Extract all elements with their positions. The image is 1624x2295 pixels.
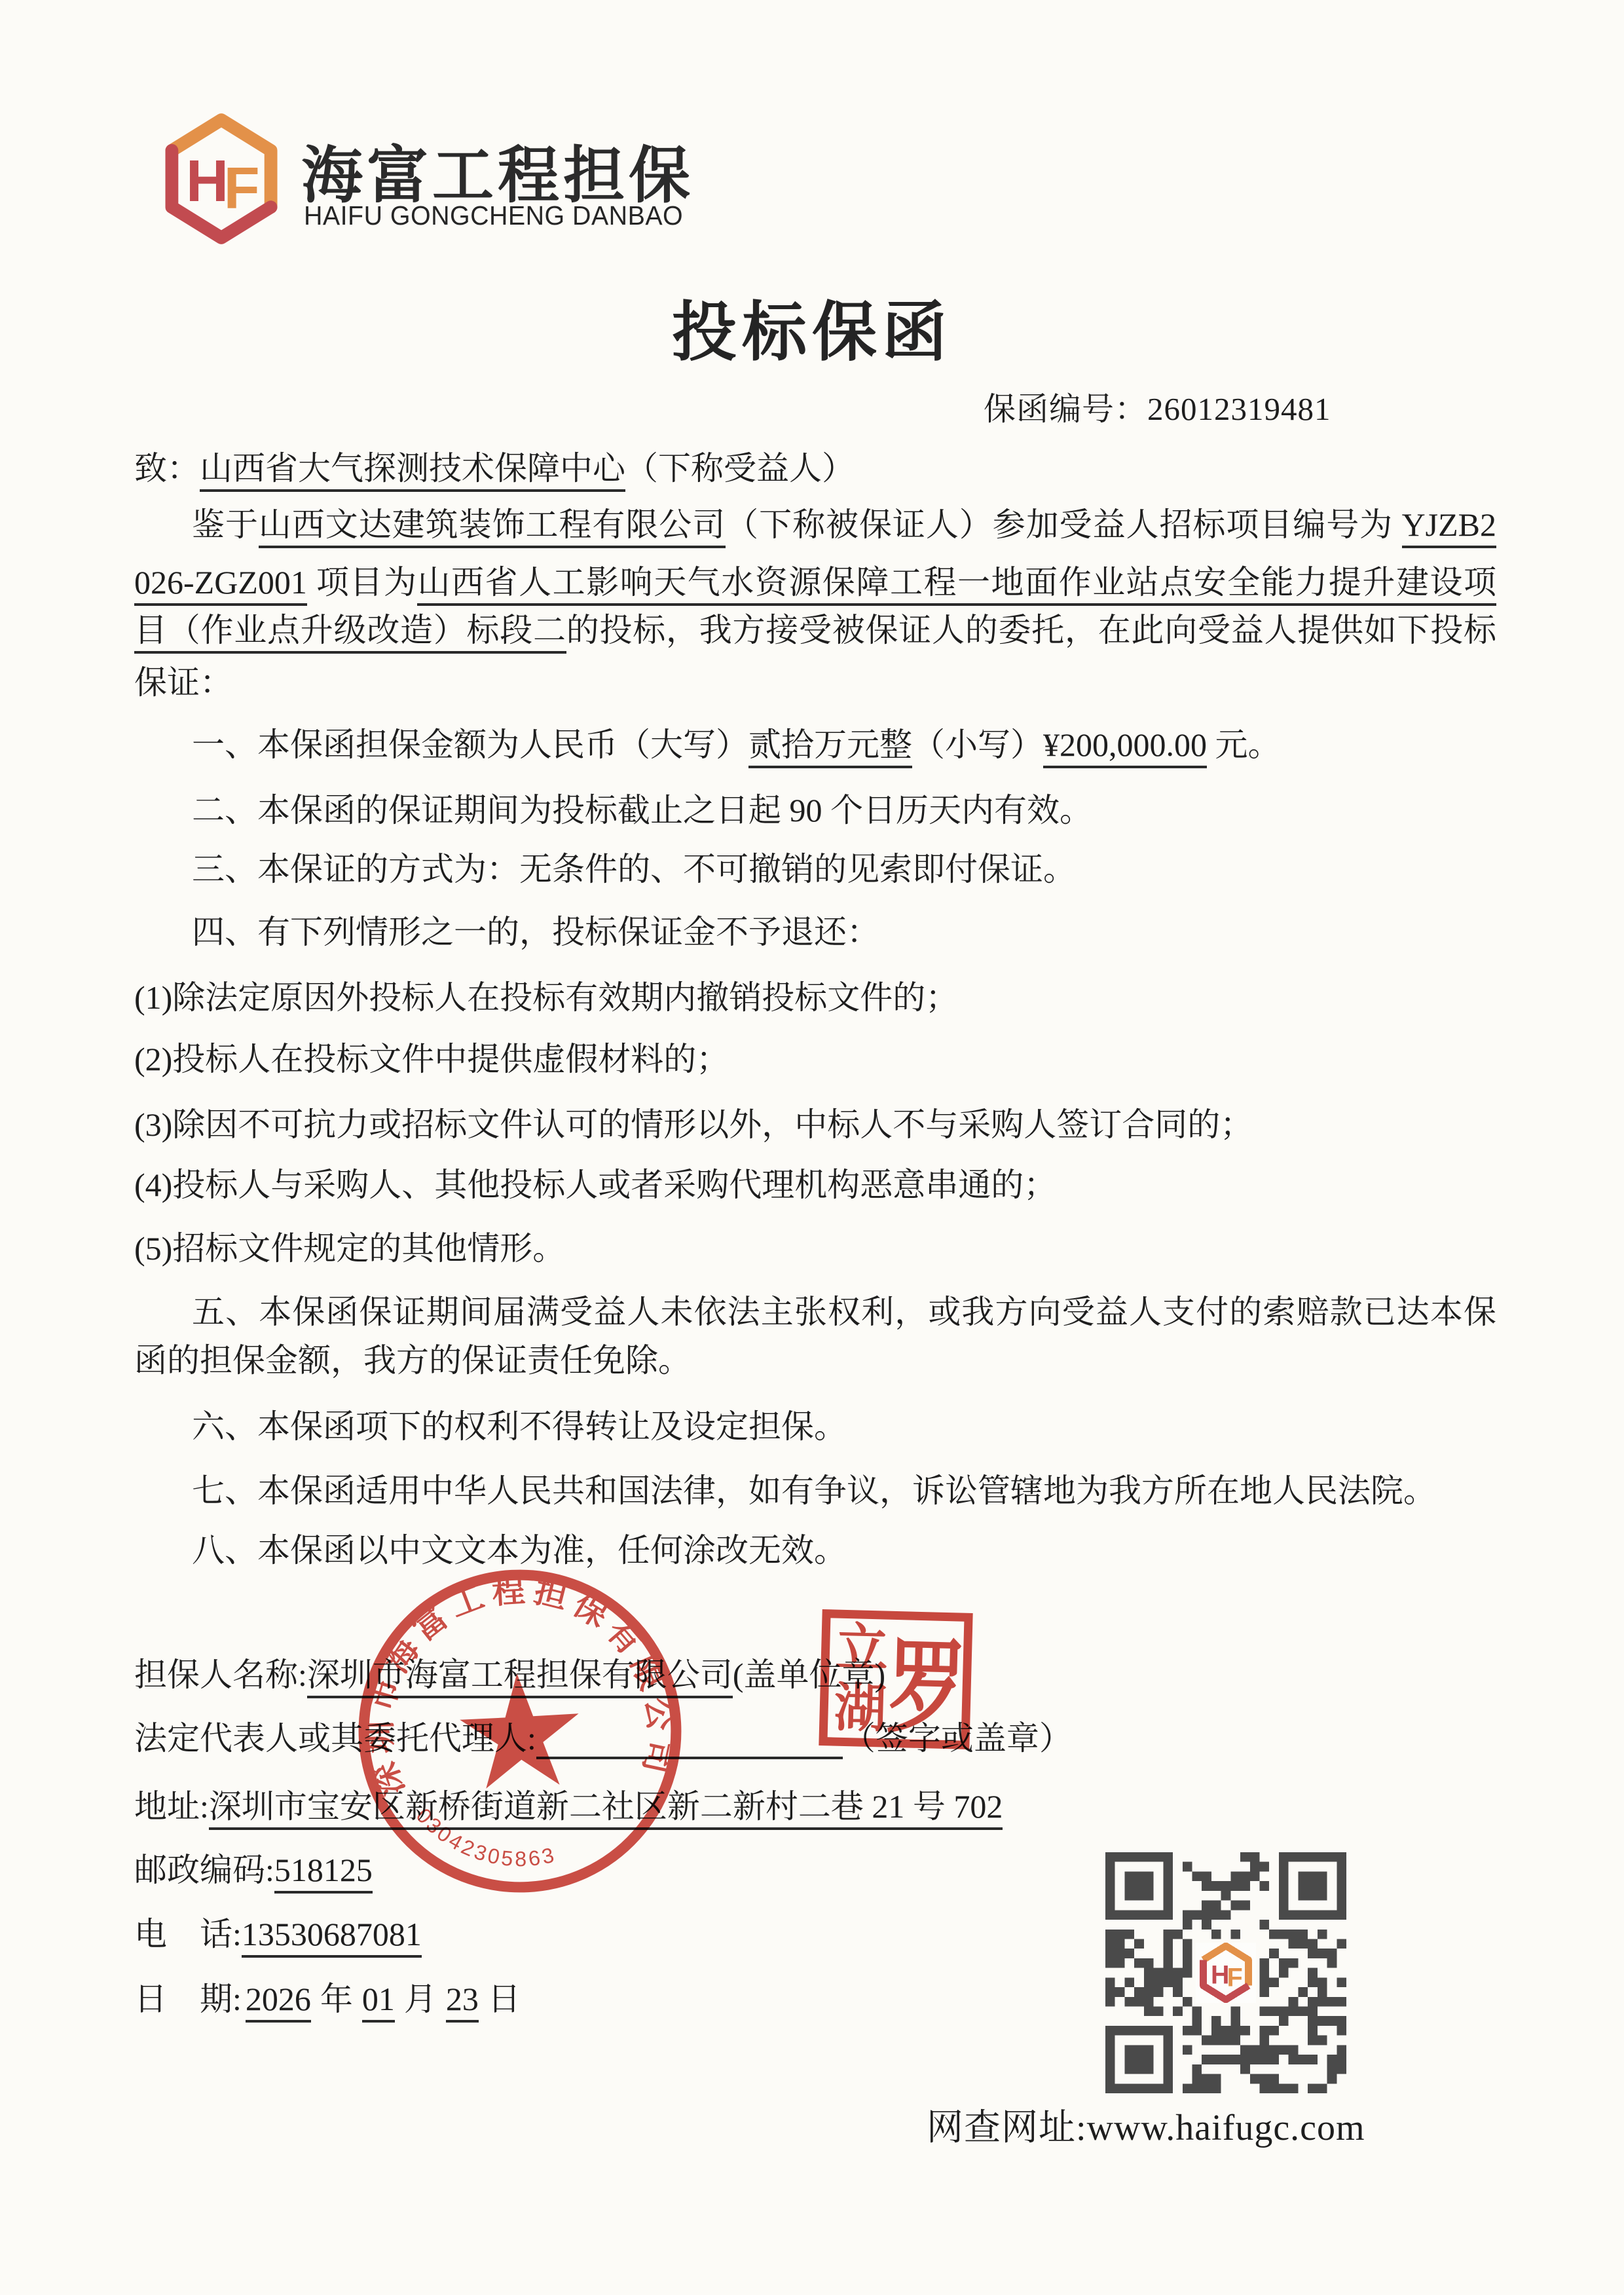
text-run: 项目为	[307, 564, 418, 601]
text-run: 年	[320, 1981, 353, 2017]
clause-6-line: 六、本保函项下的权利不得转让及设定担保。	[134, 1406, 1496, 1447]
company-round-seal-stamp: 深圳市海富工程担保有限公司 03042305863	[342, 1553, 698, 1909]
postcode-field: 邮政编码:518125	[134, 1849, 373, 1891]
underlined-text: YJZB2	[1402, 506, 1496, 548]
verification-url-value: www.haifugc.com	[1087, 2108, 1365, 2148]
clause-7-line: 七、本保函适用中华人民共和国法律，如有争议，诉讼管辖地为我方所在地人民法院。	[134, 1470, 1496, 1512]
body-line: 保证：	[134, 662, 1496, 703]
item-1-line: (1)除法定原因外投标人在投标有效期内撤销投标文件的；	[134, 977, 1496, 1018]
clause-5-line: 五、本保函保证期间届满受益人未依法主张权利，或我方向受益人支付的索赔款已达本保	[134, 1291, 1496, 1333]
clause-4-line: 四、有下列情形之一的，投标保证金不予退还：	[134, 911, 1496, 953]
seal-star-icon	[458, 1670, 582, 1789]
underlined-text: 026-ZGZ001	[134, 564, 307, 606]
field-label: 日 期:	[134, 1981, 242, 2017]
underlined-text: 山西省大气探测技术保障中心	[200, 450, 625, 492]
document-page: H F 海富工程担保 HAIFU GONGCHENG DANBAO 投标保函 保…	[0, 0, 1624, 2295]
field-label: 邮政编码:	[134, 1852, 274, 1888]
text-run: 日	[488, 1981, 521, 2017]
guarantee-number-value: 26012319481	[1147, 391, 1331, 427]
qr-center-hf-logo-icon: H F	[1196, 1943, 1256, 2003]
item-2-line: (2)投标人在投标文件中提供虚假材料的；	[134, 1038, 1496, 1080]
clause-8-line: 八、本保函以中文文本为准，任何涂改无效。	[134, 1529, 1496, 1571]
underlined-text: 山西省人工影响天气水资源保障工程一地面作业站点安全能力提升建设项	[417, 564, 1496, 606]
underlined-text: 23	[446, 1981, 479, 2023]
text-run: 三、本保证的方式为：无条件的、不可撤销的见索即付保证。	[192, 851, 1076, 887]
name-seal-right-column: 罗	[889, 1620, 964, 1741]
svg-text:F: F	[224, 156, 260, 221]
text-run: 五、本保函保证期间届满受益人未依法主张权利，或我方向受益人支付的索赔款已达本保	[192, 1294, 1496, 1330]
phone-field: 电 话:13530687081	[134, 1913, 422, 1955]
underlined-text: 目（作业点升级改造）标段二	[134, 612, 566, 654]
name-seal-char: 罗	[885, 1606, 968, 1755]
text-run: (2)投标人在投标文件中提供虚假材料的；	[134, 1041, 729, 1077]
name-seal-left-column: 立 湖	[828, 1618, 893, 1738]
clause-3-line: 三、本保证的方式为：无条件的、不可撤销的见索即付保证。	[134, 848, 1496, 890]
underlined-text: 01	[362, 1981, 395, 2023]
verification-url-label: 网查网址:	[927, 2108, 1087, 2148]
date-field: 日 期:2026年01月23日	[134, 1978, 526, 2020]
text-run: 月	[404, 1981, 437, 2017]
clause-2-line: 二、本保函的保证期间为投标截止之日起 90 个日历天内有效。	[134, 789, 1496, 831]
name-seal-char: 立	[835, 1621, 889, 1677]
field-label: 地址:	[134, 1788, 209, 1825]
text-run: 七、本保函适用中华人民共和国法律，如有争议，诉讼管辖地为我方所在地人民法院。	[192, 1472, 1436, 1509]
body-line: 026-ZGZ001 项目为山西省人工影响天气水资源保障工程一地面作业站点安全能…	[134, 561, 1496, 603]
svg-text:F: F	[1227, 1964, 1243, 1992]
company-logo-en-text: HAIFU GONGCHENG DANBAO	[304, 200, 683, 231]
text-run: 六、本保函项下的权利不得转让及设定担保。	[192, 1408, 847, 1445]
svg-text:H: H	[186, 149, 229, 214]
underlined-text: 13530687081	[242, 1916, 422, 1958]
name-seal-char: 湖	[834, 1681, 887, 1738]
text-run: 二、本保函的保证期间为投标截止之日起 90 个日历天内有效。	[192, 792, 1092, 829]
clause-5-continuation-line: 函的担保金额，我方的保证责任免除。	[134, 1339, 1496, 1381]
text-run: (5)招标文件规定的其他情形。	[134, 1230, 565, 1267]
underlined-text: ¥200,000.00	[1043, 726, 1207, 768]
text-run: 一、本保函担保金额为人民币（大写）	[192, 726, 748, 763]
item-5-line: (5)招标文件规定的其他情形。	[134, 1227, 1496, 1269]
body-line: 鉴于山西文达建筑装饰工程有限公司（下称被保证人）参加受益人招标项目编号为 YJZ…	[134, 504, 1496, 546]
text-run: (1)除法定原因外投标人在投标有效期内撤销投标文件的；	[134, 979, 958, 1016]
item-4-line: (4)投标人与采购人、其他投标人或者采购代理机构恶意串通的；	[134, 1164, 1496, 1206]
qr-code: H F	[1105, 1852, 1346, 2093]
guarantee-number-label: 保函编号：	[984, 391, 1147, 427]
verification-url-line: 网查网址:www.haifugc.com	[927, 2099, 1365, 2151]
text-run: 函的担保金额，我方的保证责任免除。	[134, 1342, 691, 1379]
text-run: (3)除因不可抗力或招标文件认可的情形以外，中标人不与采购人签订合同的；	[134, 1106, 1253, 1143]
text-run: 致：	[134, 450, 200, 487]
field-label: 担保人名称:	[134, 1656, 307, 1693]
document-title: 投标保函	[0, 280, 1624, 373]
guarantee-number-line: 保函编号：26012319481	[984, 384, 1331, 430]
underlined-text: 2026	[246, 1981, 311, 2023]
text-run: (4)投标人与采购人、其他投标人或者采购代理机构恶意串通的；	[134, 1166, 1056, 1203]
text-run: 元。	[1207, 726, 1281, 763]
underlined-text: 贰拾万元整	[748, 726, 912, 768]
text-run: 保证：	[134, 664, 232, 701]
underlined-text: 山西文达建筑装饰工程有限公司	[259, 506, 726, 548]
addressee-line: 致：山西省大气探测技术保障中心（下称受益人）	[134, 447, 1496, 489]
clause-1-line: 一、本保函担保金额为人民币（大写）贰拾万元整（小写）¥200,000.00 元。	[134, 724, 1496, 766]
text-run: 的投标，我方接受被保证人的委托，在此向受益人提供如下投标	[566, 612, 1496, 648]
text-run: 鉴于	[192, 506, 259, 543]
text-run: （下称被保证人）参加受益人招标项目编号为	[726, 506, 1401, 543]
item-3-line: (3)除因不可抗力或招标文件认可的情形以外，中标人不与采购人签订合同的；	[134, 1104, 1496, 1146]
personal-name-seal-stamp: 立 湖 罗	[819, 1609, 972, 1749]
text-run: 四、有下列情形之一的，投标保证金不予退还：	[192, 914, 879, 950]
field-label: 电 话:	[134, 1916, 242, 1952]
body-line: 目（作业点升级改造）标段二的投标，我方接受被保证人的委托，在此向受益人提供如下投…	[134, 609, 1496, 651]
text-run: （下称受益人）	[625, 450, 855, 487]
text-run: （小写）	[912, 726, 1043, 763]
company-logo-hexagon-icon: H F	[162, 113, 280, 245]
